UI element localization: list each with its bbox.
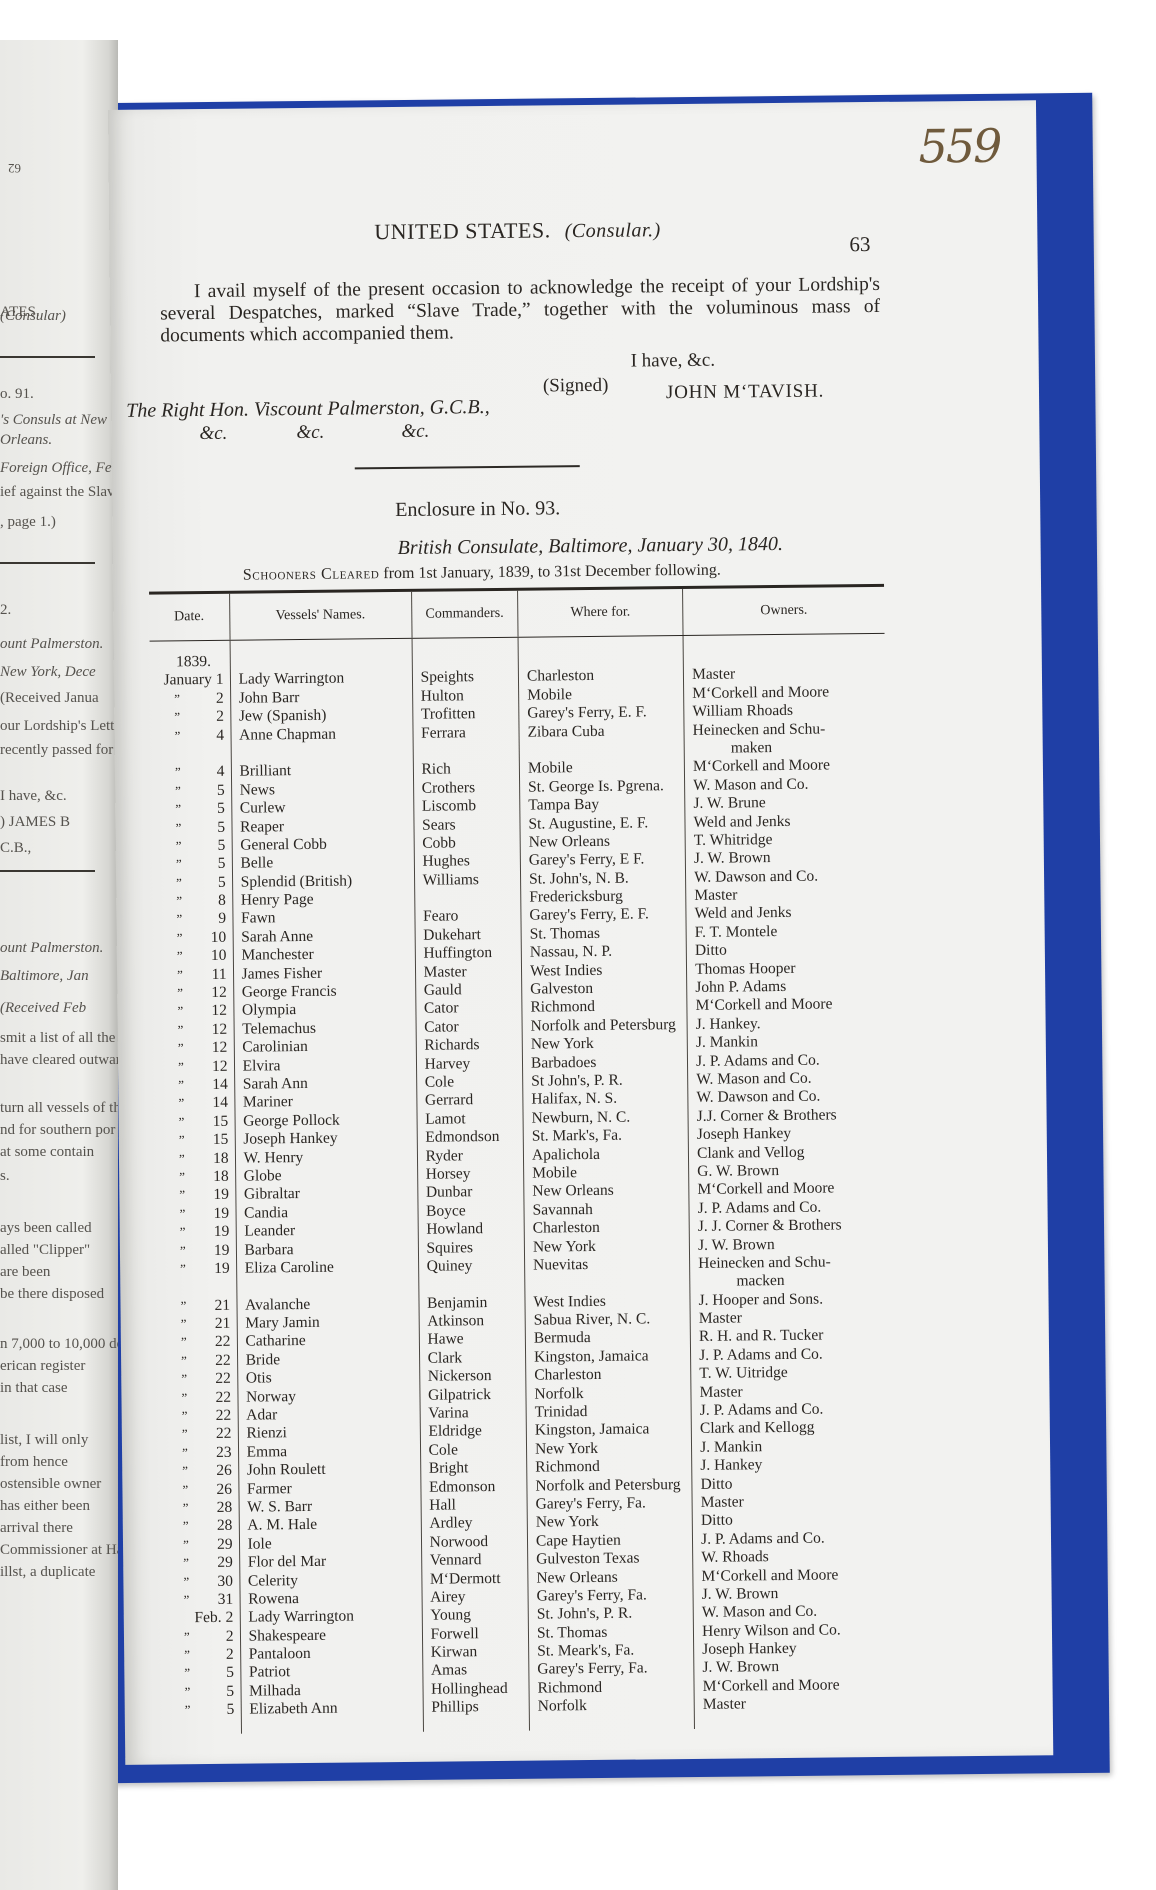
day-number: 29 bbox=[217, 1554, 233, 1573]
caption-small-caps: Schooners Cleared bbox=[243, 565, 380, 583]
spacer bbox=[419, 1275, 525, 1294]
vessel-name: Pantaloon bbox=[241, 1644, 422, 1664]
date-column: 1839.January1”2”2”4”4”5”5”5”5”5”5”8”9”10… bbox=[150, 641, 242, 1734]
section-divider bbox=[355, 465, 580, 469]
ditto-mark: ” bbox=[153, 1003, 183, 1022]
signature-block: I have, &c. (Signed) JOHN M‘TAVISH. bbox=[110, 338, 1039, 448]
destination: New York bbox=[523, 1034, 687, 1054]
left-page-text-fragment: erican register bbox=[0, 1358, 85, 1375]
date-cell: ”19 bbox=[156, 1241, 236, 1260]
vessel-name: News bbox=[232, 780, 413, 800]
ditto-mark: ” bbox=[159, 1554, 189, 1573]
date-cell: ”14 bbox=[154, 1094, 234, 1113]
ditto-mark: ” bbox=[154, 1058, 184, 1077]
left-page-text-fragment: (Received Janua bbox=[0, 690, 99, 707]
destination: Nassau, N. P. bbox=[522, 942, 686, 962]
commander-name: Hall bbox=[421, 1496, 527, 1515]
owner-name: M‘Corkell and Moore bbox=[684, 683, 885, 703]
date-cell: ”10 bbox=[153, 947, 233, 966]
owner-name: Joseph Hankey bbox=[689, 1124, 890, 1144]
vessel-name: Joseph Hankey bbox=[235, 1129, 416, 1149]
ditto-mark: ” bbox=[155, 1168, 185, 1187]
date-cell: ”15 bbox=[155, 1113, 235, 1132]
commander-name: Ferrara bbox=[413, 723, 519, 742]
destination: New York bbox=[525, 1236, 689, 1256]
vessel-name: Mary Jamin bbox=[237, 1313, 418, 1333]
vessel-name: Fawn bbox=[233, 908, 414, 928]
running-head-subtitle: (Consular.) bbox=[565, 219, 661, 242]
left-page-text-fragment: nd for southern por bbox=[0, 1122, 115, 1139]
left-page-text-fragment: alled "Clipper" bbox=[0, 1242, 90, 1259]
date-cell: ”23 bbox=[158, 1444, 238, 1463]
day-number: 22 bbox=[215, 1333, 231, 1352]
destination: Richmond bbox=[527, 1457, 691, 1477]
left-page-text-fragment: arrival there bbox=[0, 1520, 73, 1537]
commander-name: Horsey bbox=[418, 1165, 524, 1184]
owner-name: J. W. Brown bbox=[694, 1584, 895, 1604]
commander-name: Richards bbox=[416, 1036, 522, 1055]
commander-name: Hughes bbox=[414, 852, 520, 871]
spacer bbox=[156, 1278, 236, 1297]
date-cell: ”5 bbox=[151, 800, 231, 819]
vessel-name: Avalanche bbox=[237, 1294, 418, 1314]
commander-name: Edmonson bbox=[421, 1477, 527, 1496]
owner-name: J. W. Brown bbox=[690, 1234, 891, 1254]
ditto-mark: ” bbox=[155, 1113, 185, 1132]
date-cell: ”22 bbox=[158, 1407, 238, 1426]
destination: Mobile bbox=[524, 1163, 688, 1183]
left-page-text-fragment: Foreign Office, Febru bbox=[0, 460, 118, 477]
day-number: 5 bbox=[217, 837, 225, 855]
left-page-rule bbox=[0, 562, 95, 564]
destination: Kingston, Jamaica bbox=[527, 1420, 691, 1440]
handwritten-folio-number: 559 bbox=[918, 119, 1000, 174]
commander-name: Gilpatrick bbox=[420, 1385, 526, 1404]
spacer bbox=[525, 1273, 689, 1293]
owner-name: J. J. Corner & Brothers bbox=[690, 1216, 891, 1236]
owner-name-continued: macken bbox=[690, 1271, 891, 1291]
owner-name: Master bbox=[695, 1694, 896, 1714]
ditto-mark: ” bbox=[158, 1444, 188, 1463]
date-cell: ”30 bbox=[159, 1572, 239, 1591]
commander-name: Bright bbox=[421, 1459, 527, 1478]
owner-name-continued: maken bbox=[685, 738, 886, 758]
owner-name: R. H. and R. Tucker bbox=[691, 1326, 892, 1346]
destination: Garey's Ferry, Fa. bbox=[528, 1586, 692, 1606]
owner-name: T. W. Uitridge bbox=[691, 1363, 892, 1383]
owner-name: J. Mankin bbox=[688, 1032, 889, 1052]
destination: Zibara Cuba bbox=[519, 722, 683, 742]
date-cell: ”9 bbox=[152, 910, 232, 929]
vessel-name: Elizabeth Ann bbox=[241, 1699, 422, 1719]
ditto-mark: ” bbox=[155, 1150, 185, 1169]
vessel-name: Sarah Ann bbox=[235, 1074, 416, 1094]
header-date: Date. bbox=[149, 594, 230, 641]
day-number: 22 bbox=[215, 1388, 231, 1407]
ditto-mark: ” bbox=[156, 1297, 186, 1316]
vessel-name: Milhada bbox=[241, 1681, 422, 1701]
left-page-text-fragment: recently passed for t bbox=[0, 742, 118, 759]
owner-name: Clark and Kellogg bbox=[692, 1418, 893, 1438]
date-cell: ”4 bbox=[150, 726, 230, 745]
day-number: 31 bbox=[218, 1591, 234, 1610]
etc-mark: &c. bbox=[199, 423, 227, 445]
left-page-text-fragment: has either been bbox=[0, 1498, 90, 1515]
vessel-name: Lady Warrington bbox=[240, 1607, 421, 1627]
day-number: 19 bbox=[214, 1205, 230, 1224]
day-number: 2 bbox=[226, 1646, 234, 1664]
date-cell: ”22 bbox=[157, 1388, 237, 1407]
commander-name: Lamot bbox=[417, 1109, 523, 1128]
commander-name: Cator bbox=[416, 1018, 522, 1037]
left-page-rule bbox=[0, 356, 95, 358]
commander-name: Ryder bbox=[417, 1146, 523, 1165]
day-number: 5 bbox=[226, 1683, 234, 1701]
vessel-name: Iole bbox=[239, 1534, 420, 1554]
owner-name: Ditto bbox=[687, 940, 888, 960]
destination: Fredericksburg bbox=[521, 887, 685, 907]
destination: Norfolk and Petersburg bbox=[523, 1016, 687, 1036]
destination: Charleston bbox=[525, 1218, 689, 1238]
year-label: 1839. bbox=[150, 653, 230, 672]
vessel-name: Catharine bbox=[237, 1331, 418, 1351]
ditto-mark: ” bbox=[151, 819, 181, 838]
vessel-name: Emma bbox=[239, 1442, 420, 1462]
day-number: 5 bbox=[218, 855, 226, 873]
day-number: 4 bbox=[217, 763, 225, 781]
month-label: January bbox=[163, 671, 211, 690]
commander-name: Master bbox=[416, 962, 522, 981]
destination: New Orleans bbox=[521, 832, 685, 852]
owner-name: John P. Adams bbox=[687, 977, 888, 997]
commander-name: M‘Dermott bbox=[422, 1569, 528, 1588]
day-number: 12 bbox=[212, 1057, 228, 1076]
date-cell: ”2 bbox=[160, 1646, 240, 1665]
destination: West Indies bbox=[522, 961, 686, 981]
vessel-name: W. Henry bbox=[235, 1147, 416, 1167]
destination-column: CharlestonMobileGarey's Ferry, E. F.Ziba… bbox=[519, 636, 696, 1730]
commander-name: Eldridge bbox=[420, 1422, 526, 1441]
vessel-name: Rienzi bbox=[238, 1423, 419, 1443]
vessel-column: Lady WarringtonJohn BarrJew (Spanish)Ann… bbox=[230, 639, 423, 1734]
vessel-name: Globe bbox=[236, 1166, 417, 1186]
owner-name: Ditto bbox=[692, 1473, 893, 1493]
destination: Richmond bbox=[522, 997, 686, 1017]
ditto-mark: ” bbox=[157, 1370, 187, 1389]
commander-name: Varina bbox=[420, 1404, 526, 1423]
owner-name: Master bbox=[686, 885, 887, 905]
commander-name: Norwood bbox=[422, 1532, 528, 1551]
commander-name: Cole bbox=[417, 1073, 523, 1092]
destination: Norfolk bbox=[530, 1696, 694, 1716]
vessel-name: Curlew bbox=[232, 798, 413, 818]
ditto-mark: ” bbox=[153, 929, 183, 948]
commander-name: Sears bbox=[414, 815, 520, 834]
ditto-mark: ” bbox=[159, 1536, 189, 1555]
owner-name: J. W. Brown bbox=[686, 848, 887, 868]
day-number: 19 bbox=[213, 1186, 229, 1205]
destination: St. George Is. Pgrena. bbox=[520, 777, 684, 797]
day-number: 2 bbox=[226, 1627, 234, 1645]
left-page-text-fragment: ays been called bbox=[0, 1220, 92, 1237]
commander-name: Speights bbox=[412, 668, 518, 687]
date-cell: ”4 bbox=[151, 763, 231, 782]
ditto-mark: ” bbox=[151, 800, 181, 819]
vessel-name: Mariner bbox=[235, 1092, 416, 1112]
ditto-mark: ” bbox=[152, 892, 182, 911]
day-number: 10 bbox=[211, 947, 227, 966]
date-cell: ”26 bbox=[158, 1480, 238, 1499]
destination: Gulveston Texas bbox=[528, 1549, 692, 1569]
day-number: 15 bbox=[213, 1113, 229, 1132]
owner-name: M‘Corkell and Moore bbox=[687, 995, 888, 1015]
owner-name: J. P. Adams and Co. bbox=[692, 1400, 893, 1420]
date-cell: ”12 bbox=[154, 1057, 234, 1076]
spacer bbox=[151, 745, 231, 764]
vessel-name: Belle bbox=[232, 853, 413, 873]
spacer bbox=[412, 650, 518, 669]
owner-name: T. Whitridge bbox=[686, 830, 887, 850]
commander-name: Young bbox=[422, 1606, 528, 1625]
ditto-mark: ” bbox=[154, 1095, 184, 1114]
ditto-mark: ” bbox=[151, 782, 181, 801]
ditto-mark: ” bbox=[156, 1260, 186, 1279]
running-head: UNITED STATES.(Consular.) bbox=[374, 216, 661, 245]
day-number: 2 bbox=[226, 1609, 234, 1627]
owner-name: Clank and Vellog bbox=[689, 1142, 890, 1162]
owner-name: J. Mankin bbox=[692, 1437, 893, 1457]
left-page-text-fragment: from hence bbox=[0, 1454, 68, 1471]
day-number: 5 bbox=[226, 1701, 234, 1719]
owner-name: Ditto bbox=[693, 1510, 894, 1530]
left-page-text-fragment: I have, &c. bbox=[0, 788, 67, 805]
ditto-mark: ” bbox=[158, 1407, 188, 1426]
ditto-mark: ” bbox=[158, 1426, 188, 1445]
commander-name: Trofitten bbox=[413, 705, 519, 724]
vessel-name: Eliza Caroline bbox=[237, 1258, 418, 1278]
ditto-mark: ” bbox=[157, 1334, 187, 1353]
destination: St John's, P. R. bbox=[523, 1071, 687, 1091]
ditto-mark: ” bbox=[158, 1462, 188, 1481]
ditto-mark: ” bbox=[160, 1665, 190, 1684]
destination: New York bbox=[528, 1512, 692, 1532]
vessel-name: Jew (Spanish) bbox=[231, 706, 412, 726]
header-owners: Owners. bbox=[683, 587, 884, 635]
date-cell: ”15 bbox=[155, 1131, 235, 1150]
commander-name: Gauld bbox=[416, 981, 522, 1000]
vessel-name: Celerity bbox=[240, 1570, 421, 1590]
vessel-name: Carolinian bbox=[234, 1037, 415, 1057]
owner-name: Heinecken and Schu- bbox=[685, 719, 886, 739]
owner-name: W. Dawson and Co. bbox=[688, 1087, 889, 1107]
ditto-mark: ” bbox=[150, 708, 180, 727]
date-cell: Feb.2 bbox=[160, 1609, 240, 1628]
destination: New Orleans bbox=[524, 1181, 688, 1201]
document-page: 559 UNITED STATES.(Consular.) 63 I avail… bbox=[108, 100, 1053, 1765]
commander-name: Rich bbox=[413, 760, 519, 779]
day-number: 10 bbox=[211, 929, 227, 948]
commander-name: Benjamin bbox=[419, 1293, 525, 1312]
date-cell: ”10 bbox=[153, 929, 233, 948]
commander-name: Liscomb bbox=[414, 797, 520, 816]
vessel-name: Bride bbox=[238, 1350, 419, 1370]
dateline: British Consulate, Baltimore, January 30… bbox=[397, 533, 783, 560]
owner-name: M‘Corkell and Moore bbox=[689, 1179, 890, 1199]
owner-name: Master bbox=[691, 1308, 892, 1328]
owner-name: Master bbox=[684, 664, 885, 684]
owner-name: Heinecken and Schu- bbox=[690, 1253, 891, 1273]
spacer bbox=[519, 648, 683, 668]
schooners-table: Date. Vessels' Names. Commanders. Where … bbox=[149, 584, 896, 1734]
ditto-mark: ” bbox=[152, 874, 182, 893]
owner-name: J. P. Adams and Co. bbox=[693, 1529, 894, 1549]
left-page-text-fragment: ief against the Slave Tra bbox=[0, 484, 118, 501]
destination: Trinidad bbox=[527, 1402, 691, 1422]
day-number: 15 bbox=[213, 1131, 229, 1150]
spacer bbox=[520, 740, 684, 760]
date-cell: ”5 bbox=[152, 837, 232, 856]
addressee-line: The Right Hon. Viscount Palmerston, G.C.… bbox=[126, 396, 490, 423]
date-cell: ”5 bbox=[160, 1664, 240, 1683]
left-page-number: 62 bbox=[8, 160, 21, 176]
owner-name: W. Dawson and Co. bbox=[686, 867, 887, 887]
destination: Barbadoes bbox=[523, 1053, 687, 1073]
destination: St. John's, P. R. bbox=[529, 1604, 693, 1624]
commander-name: Kirwan bbox=[423, 1643, 529, 1662]
vessel-name: Leander bbox=[236, 1221, 417, 1241]
vessel-name: Telemachus bbox=[234, 1019, 415, 1039]
destination: Nuevitas bbox=[525, 1255, 689, 1275]
owner-name: J. P. Adams and Co. bbox=[691, 1345, 892, 1365]
destination: New York bbox=[527, 1439, 691, 1459]
commander-name: Harvey bbox=[416, 1054, 522, 1073]
day-number: 28 bbox=[217, 1517, 233, 1536]
day-number: 8 bbox=[218, 892, 226, 910]
signatory-name: JOHN M‘TAVISH. bbox=[666, 381, 824, 405]
date-cell: ”28 bbox=[159, 1517, 239, 1536]
header-commanders: Commanders. bbox=[412, 591, 519, 638]
etc-mark: &c. bbox=[296, 422, 324, 444]
day-number: 30 bbox=[217, 1572, 233, 1591]
left-page-text-fragment: are been bbox=[0, 1264, 50, 1281]
date-cell: January1 bbox=[150, 671, 230, 690]
vessel-name: Rowena bbox=[240, 1589, 421, 1609]
closing-phrase: I have, &c. bbox=[631, 350, 716, 373]
owner-name: J. P. Adams and Co. bbox=[688, 1050, 889, 1070]
destination: West Indies bbox=[525, 1292, 689, 1312]
left-page-text-fragment: Orleans. bbox=[0, 432, 52, 449]
day-number: 26 bbox=[216, 1480, 232, 1499]
vessel-name: Patriot bbox=[241, 1662, 422, 1682]
destination: Apalichola bbox=[524, 1145, 688, 1165]
commander-column: SpeightsHultonTrofittenFerraraRichCrothe… bbox=[412, 638, 530, 1732]
destination: Norfolk bbox=[526, 1384, 690, 1404]
ditto-mark: ” bbox=[157, 1352, 187, 1371]
vessel-name: W. S. Barr bbox=[239, 1497, 420, 1517]
day-number: 21 bbox=[215, 1315, 231, 1334]
day-number: 2 bbox=[216, 708, 224, 726]
day-number: 22 bbox=[215, 1370, 231, 1389]
destination: St. John's, N. B. bbox=[521, 869, 685, 889]
date-cell: ”18 bbox=[155, 1168, 235, 1187]
day-number: 23 bbox=[216, 1444, 232, 1463]
commander-name: Vennard bbox=[422, 1551, 528, 1570]
destination: New Orleans bbox=[528, 1567, 692, 1587]
date-cell: ”22 bbox=[157, 1352, 237, 1371]
date-cell: ”5 bbox=[161, 1701, 241, 1720]
vessel-name: Elvira bbox=[234, 1055, 415, 1075]
day-number: 12 bbox=[211, 984, 227, 1003]
date-cell: ”2 bbox=[160, 1627, 240, 1646]
owner-name: J.J. Corner & Brothers bbox=[689, 1106, 890, 1126]
vessel-name: Splendid (British) bbox=[233, 872, 414, 892]
date-cell: ”28 bbox=[159, 1499, 239, 1518]
left-page-text-fragment: ostensible owner bbox=[0, 1476, 101, 1493]
date-cell: ”12 bbox=[154, 1039, 234, 1058]
ditto-mark: ” bbox=[160, 1591, 190, 1610]
day-number: 4 bbox=[216, 726, 224, 744]
day-number: 28 bbox=[217, 1499, 233, 1518]
owner-name: J. W. Brune bbox=[685, 793, 886, 813]
vessel-name: Manchester bbox=[233, 945, 414, 965]
ditto-mark: ” bbox=[153, 948, 183, 967]
vessel-name: George Pollock bbox=[235, 1111, 416, 1131]
left-page-text-fragment: list, I will only bbox=[0, 1432, 88, 1449]
day-number: 18 bbox=[213, 1168, 229, 1187]
destination: Charleston bbox=[526, 1365, 690, 1385]
vessel-name: Farmer bbox=[239, 1478, 420, 1498]
commander-name: Gerrard bbox=[417, 1091, 523, 1110]
commander-name: Edmondson bbox=[417, 1128, 523, 1147]
left-page-text-fragment: in that case bbox=[0, 1380, 67, 1397]
left-page-rule bbox=[0, 870, 95, 872]
vessel-name: A. M. Hale bbox=[239, 1515, 420, 1535]
day-number: 11 bbox=[212, 965, 227, 984]
left-page-text-fragment: ) JAMES B bbox=[0, 814, 70, 831]
left-page-text-fragment: ount Palmerston. bbox=[0, 940, 103, 957]
owner-name: M‘Corkell and Moore bbox=[693, 1565, 894, 1585]
left-page-text-fragment: ount Palmerston. bbox=[0, 636, 103, 653]
commander-name: Clark bbox=[420, 1349, 526, 1368]
destination: Norfolk and Petersburg bbox=[527, 1476, 691, 1496]
date-cell: ”12 bbox=[154, 1021, 234, 1040]
page-number: 63 bbox=[849, 232, 870, 257]
owner-name: F. T. Montele bbox=[687, 922, 888, 942]
day-number: 22 bbox=[215, 1352, 231, 1371]
date-cell: ”21 bbox=[156, 1296, 236, 1315]
owner-name: M‘Corkell and Moore bbox=[685, 756, 886, 776]
commander-name: Howland bbox=[418, 1220, 524, 1239]
vessel-name: Flor del Mar bbox=[240, 1552, 421, 1572]
ditto-mark: ” bbox=[150, 690, 180, 709]
owner-name: J. W. Brown bbox=[694, 1657, 895, 1677]
date-cell: ”22 bbox=[157, 1333, 237, 1352]
date-cell: ”2 bbox=[150, 708, 230, 727]
destination: Richmond bbox=[529, 1678, 693, 1698]
owner-name: Joseph Hankey bbox=[694, 1639, 895, 1659]
destination: Charleston bbox=[519, 666, 683, 686]
header-where-for: Where for. bbox=[518, 589, 684, 637]
date-cell: ”22 bbox=[157, 1370, 237, 1389]
commander-name: Ardley bbox=[421, 1514, 527, 1533]
ditto-mark: ” bbox=[156, 1242, 186, 1261]
vessel-name: Sarah Anne bbox=[233, 927, 414, 947]
ditto-mark: ” bbox=[152, 837, 182, 856]
header-vessels: Vessels' Names. bbox=[230, 592, 412, 640]
destination: Garey's Ferry, E. F. bbox=[519, 703, 683, 723]
ditto-mark: ” bbox=[153, 984, 183, 1003]
day-number: 22 bbox=[216, 1407, 232, 1426]
